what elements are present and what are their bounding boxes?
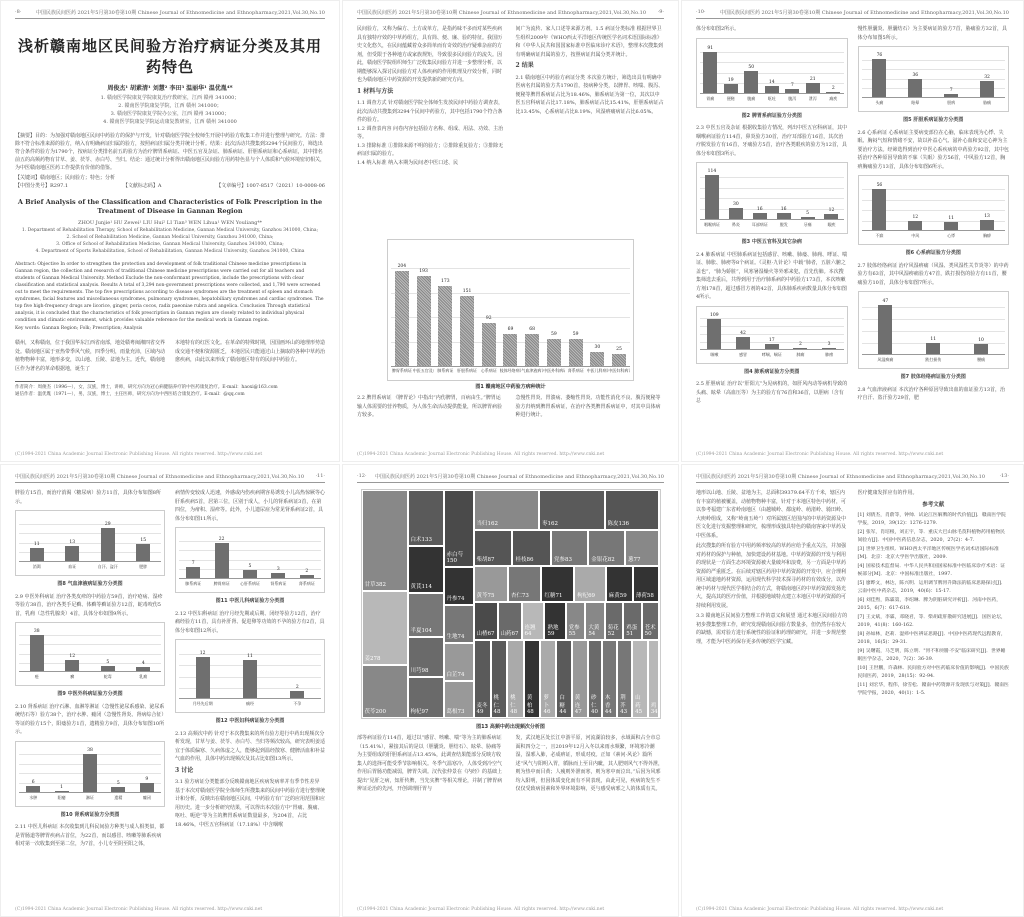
bar: 11 <box>944 222 958 230</box>
abstract-en: Abstract: Objective In order to strength… <box>15 261 325 324</box>
figure-3-chart: 114301616512咽喉病证鼻炎耳部病证脱发牙痛眼疾 <box>696 162 848 234</box>
body-right: 发，武汉地区处长江中游平原，河流湖泊较多，水域面积占全市总面积四分之一，且201… <box>516 734 665 794</box>
figure-12-chart: 12112月经先后期痛经不孕 <box>175 639 325 713</box>
category-label: 消渴 <box>19 563 55 572</box>
figure-1-caption: 图1 赣南地区中药验方病种统计 <box>357 383 664 390</box>
treemap-cell: 荆芥43 <box>617 640 632 718</box>
gridline <box>700 177 844 178</box>
page-9: 中国民族民间医药 2021年5月第30卷第10期 Chinese Journal… <box>342 0 679 462</box>
paragraph: 2.12 中医妇科病证 治疗月经先期或后期、闭经等验方12首，治疗痛经验方11首… <box>175 610 325 636</box>
gridline <box>700 188 844 189</box>
category-label: 胁痛 <box>969 99 1005 108</box>
category-label: 中医儿科病证 <box>587 368 609 374</box>
section-heading: 1 材料与方法 <box>357 88 506 97</box>
bar: 32 <box>980 81 994 97</box>
bar-value-label: 30 <box>594 345 600 350</box>
english-affiliations: 1. Department of Rehabilitation Therapy,… <box>15 227 325 255</box>
bar: 11 <box>30 548 44 561</box>
treemap-cell: 生地74 <box>444 605 474 643</box>
treemap-cell: 赤白芍150 <box>444 490 474 567</box>
bar-value-label: 30 <box>733 201 739 210</box>
bar-value-label: 11 <box>247 653 253 662</box>
category-labels: 咽喉病证鼻炎耳部病证脱发牙痛眼疾 <box>700 221 844 230</box>
copyright: (C)1994-2021 China Academic Journal Elec… <box>357 907 664 912</box>
copyright: (C)1994-2021 China Academic Journal Elec… <box>357 452 664 457</box>
bar-area: 381254 <box>19 626 161 672</box>
treemap-cell: 山药45 <box>632 640 648 718</box>
category-label: 脱发 <box>772 221 796 230</box>
bar-value-label: 12 <box>829 207 835 216</box>
affiliation-en: 4. Department of Sports Rehabilitation, … <box>15 248 325 255</box>
category-label: 牙痛 <box>796 221 820 230</box>
bar-value-label: 10 <box>978 337 984 346</box>
treemap-cell: 砂仁40 <box>588 640 602 718</box>
reference-item: [11] 刘宏华，程伟，徐雪松．赣南中药资源开发现状与对策[J]．赣南医学院学报… <box>858 682 1010 698</box>
figure-6-chart: 56121113不寐中风心悸胸痹 <box>858 175 1010 245</box>
footnote-divider <box>15 381 95 382</box>
category-label: 耳部病证 <box>748 221 772 230</box>
bar: 36 <box>908 79 922 97</box>
body-right: 医疗健康发挥应有的作用。 参考文献 [1] 刘倩杰，肖蔚等，钟帅．试论江医解脾的… <box>858 489 1010 699</box>
category-label: 便秘 <box>721 95 742 104</box>
running-header: ·10· 中国民族民间医药 2021年5月第30卷第10期 Chinese Jo… <box>696 9 1009 19</box>
reference-item: [5] 廖晔文，林达，陈兴明．运用调节脾胃升降法的临床思路探讨[J]．云南中医中… <box>858 580 1010 596</box>
gridline <box>700 198 844 199</box>
category-label: 肥胖 <box>126 563 162 572</box>
body-left: 地形以山地、丘陵、盆地为主，总面积39379.64平方千米，辖区内有丰富的植被覆… <box>696 489 848 699</box>
category-label: 眩晕 <box>897 99 933 108</box>
treemap-cell: 熟地59 <box>544 602 565 640</box>
bar-value-label: 59 <box>551 332 557 337</box>
paragraph: 2.7 肢体经络病证 治疗风湿痹痛（风湿、类风湿性关节炎等）的中药验方有63首，… <box>858 262 1010 288</box>
category-label: 胸痹 <box>969 232 1005 241</box>
category-label: 心悸 <box>933 232 969 241</box>
bar: 2 <box>290 691 304 698</box>
bar: 14 <box>765 86 779 92</box>
body-columns: 部等病证验方114首，超过以“感冒、咳嗽、喘”等为主的肺系病证（15.41%），… <box>357 734 664 794</box>
figure-7-caption: 图7 肢体经络病证验方分类图 <box>858 373 1010 382</box>
bar-value-label: 7 <box>950 87 953 96</box>
bar-value-label: 173 <box>441 279 450 284</box>
treemap-cell: 柴胡87 <box>474 530 513 566</box>
bar: 12 <box>908 221 922 230</box>
bar-value-label: 76 <box>877 52 883 61</box>
paragraph: 民间验方，又称为偏方、土方或单方，是指药味不多而对某些疾病具有独特疗效的中草药组… <box>357 25 506 85</box>
body-columns: 赣州，又称赣南，位于我国华东江西省南部，地处赣粤闽湘四省交界处。赣南地区属于亚热… <box>15 339 325 373</box>
category-label: 风湿痹痛 <box>862 356 910 365</box>
category-labels: 咳嗽感冒哮喘、喘证肺痈肺痨 <box>700 351 844 360</box>
bar-value-label: 38 <box>87 747 93 756</box>
bar-value-label: 5 <box>117 780 120 789</box>
reference-item: [4] 国家技术监督局．中华人民共和国国家标准中医临床诊疗术语：证候部分[M]．… <box>858 563 1010 579</box>
bar-value-label: 7 <box>192 560 195 569</box>
category-label: 肺痨 <box>815 351 844 360</box>
bar: 151 <box>460 296 474 366</box>
reference-item: [7] 王文斌，李霖，邓晓君，等．柴胡疏肝散研究进展[J]．国医论坛，2019，… <box>858 614 1010 630</box>
bar: 7 <box>785 89 799 92</box>
bar: 3 <box>271 573 285 578</box>
bar: 6 <box>26 786 40 792</box>
treemap-cell: 菊花52 <box>605 602 624 640</box>
reference-item: [3] 世界卫生组织．WHO西太平洋地区传统医学名词术语国际标准[M]．北京：北… <box>858 546 1010 562</box>
corresponding-author: 通信作者：温优胤（1971—），男，汉族，博士，主任医师，研究方向为中西医结合康… <box>15 391 325 398</box>
category-label: 气血津液病证 <box>521 368 543 374</box>
category-label: 痛经 <box>226 700 273 709</box>
bar-value-label: 2 <box>832 85 835 94</box>
bar-value-label: 42 <box>740 330 746 339</box>
bar-value-label: 13 <box>984 213 990 222</box>
bar-value-label: 2 <box>799 341 802 350</box>
treemap-cell: 鸡蛋51 <box>623 602 641 640</box>
category-label: 鼻炎 <box>724 221 748 230</box>
category-label: 阳痿 <box>47 794 75 803</box>
category-label: 中医妇科病证 <box>608 368 630 374</box>
bar-area: 20419317315192696859593025 <box>391 243 630 367</box>
affiliation: 2. 赣南医学院康复学院，江西 赣州 341000； <box>15 102 325 110</box>
reference-item: [10] 王世鹏，许森林．民间验方对中医药临床价值的影响[J]．中国民族民间医药… <box>858 665 1010 681</box>
bar-value-label: 11 <box>930 336 936 345</box>
bar: 12 <box>824 214 838 219</box>
affiliation: 4. 赣南医学院康复学院运动康复教研室，江西 赣州 341000 <box>15 118 325 126</box>
class-number: 【中图分类号】R297.1 <box>15 182 68 190</box>
paragraph: 2.4 肺系病证 中医肺系病证包括感冒、咳嗽、肺痿、肺痈、哮证、喘证、肺胀、肺痨… <box>696 251 848 302</box>
treemap-cell: 半夏104 <box>408 593 444 636</box>
bar-value-label: 4 <box>142 660 145 669</box>
bar-value-label: 25 <box>616 347 622 352</box>
treemap-cell: 丹参74 <box>444 567 474 605</box>
bar-area: 613859 <box>19 745 161 793</box>
bar: 15 <box>136 544 150 561</box>
gridline <box>700 326 844 327</box>
treemap-cell: 萝卜46 <box>540 640 556 718</box>
category-label: 肾系病证 <box>565 368 587 374</box>
treemap-cell: 黄连47 <box>572 640 588 718</box>
category-labels: 头痛眩晕胆病胁痛 <box>862 99 1006 108</box>
treemap-cell: 葱77 <box>625 530 660 566</box>
figure-7-chart: 471110风湿痹痛跌打损伤腰痛 <box>858 291 1010 369</box>
running-header: 中国民族民间医药 2021年5月第30卷第10期 Chinese Journal… <box>357 9 664 19</box>
category-labels: 肺系病证脾胃病证心肝系病证肾系病证肾系病证 <box>179 580 321 589</box>
bar-area: 722532 <box>179 531 321 579</box>
treemap-cell: 白芷74 <box>444 643 474 681</box>
body-columns: 民间验方，又称为偏方、土方或单方，是指药味不多而对某些疾病具有独特疗效的中草药组… <box>357 25 664 237</box>
bar-value-label: 56 <box>877 182 883 191</box>
bar: 29 <box>101 528 115 561</box>
figure-5-caption: 图5 肝胆系病证验方分类图 <box>858 116 1010 125</box>
category-label: 中风 <box>897 232 933 241</box>
gridline <box>700 52 844 53</box>
bar: 38 <box>83 754 97 792</box>
bar-value-label: 204 <box>398 264 407 269</box>
bar: 11 <box>243 660 257 698</box>
paragraph: 1.3 排除标准 ①排除来源不明的验方；②排除重复验方；③排除无病证归属的验方。 <box>357 142 506 159</box>
category-label: 脾胃病证 <box>207 580 235 589</box>
bar-value-label: 29 <box>105 521 111 530</box>
treemap-cell: 甘草382 <box>362 490 408 591</box>
figure-2-caption: 图2 脾胃系病证验方分类图 <box>696 112 848 121</box>
figure-10-caption: 图10 肾系病证验方分类图 <box>15 811 165 820</box>
category-labels: 脾胃系病证中医五官及杂证肺系病证肝胆系病证心系病证肢体经络病证气血津液病证中医外… <box>391 368 630 374</box>
figure-4-caption: 图4 肺系病证验方分类图 <box>696 368 848 377</box>
journal-name: 中国民族民间医药 2021年5月第30卷第10期 Chinese Journal… <box>720 9 1009 16</box>
page-8: ·8· 中国民族民间医药 2021年5月第30卷第10期 Chinese Jou… <box>0 0 340 462</box>
treemap-cell: 木香44 <box>602 640 617 718</box>
bar-area: 911950147212 <box>700 42 844 94</box>
category-label: 中医五官及杂证 <box>413 368 435 374</box>
bar-value-label: 22 <box>219 536 225 545</box>
treemap-cell: 山楂67 <box>474 602 498 640</box>
bar: 42 <box>736 337 750 348</box>
treemap-cell: 桂枝86 <box>512 530 551 566</box>
body-left: 民间验方，又称为偏方、土方或单方，是指药味不多而对某些疾病具有独特疗效的中草药组… <box>357 25 506 237</box>
section-heading: 3 讨论 <box>175 767 325 776</box>
bar-area: 471110 <box>862 295 1006 355</box>
gridline <box>19 533 161 534</box>
page-number: ·11· <box>315 473 325 480</box>
bar-value-label: 9 <box>145 776 148 785</box>
bar: 56 <box>872 189 886 230</box>
authors: 周俊杰¹ 胡素清¹ 刘慧² 李田³ 温丽华¹ 温优胤⁴* <box>15 83 325 92</box>
treemap-cell: 桃仁48 <box>491 640 508 718</box>
bar: 17 <box>765 344 779 349</box>
bar: 1 <box>55 791 69 792</box>
category-label: 癃闭 <box>133 794 161 803</box>
treemap-cell: 大黄54 <box>585 602 604 640</box>
figure-2-chart: 911950147212胃痛便秘腹痛呕吐腹泻泄泻痢疾 <box>696 38 848 108</box>
affiliation-en: 1. Department of Rehabilitation Therapy,… <box>15 227 325 234</box>
paragraph: 2.9 中医外科病证 治疗各类皮疹的中药验方59首，治疗疮疡、湿疹等验方38首，… <box>15 593 165 619</box>
category-label: 心系病证 <box>478 368 500 374</box>
treemap-cell: 茯苓200 <box>362 665 408 718</box>
category-label: 哮喘、喘证 <box>757 351 786 360</box>
paragraph: 1.4 纳入标准 纳入本期为民间老中医口述、民 <box>357 159 506 168</box>
paragraph: 3.1 验方病证分类能部分反映赣南地区疾病发病率并有季节性差异 基于本次对赣南医… <box>175 778 325 829</box>
category-label: 肺痈 <box>786 351 815 360</box>
figure-13-caption: 图13 高频中药出现频次分析图 <box>357 723 664 730</box>
bar-value-label: 1 <box>60 784 63 793</box>
references-list: [1] 刘倩杰，肖蔚等，钟帅．试论江医解脾的时代价值[J]．赣南医学院学报，20… <box>858 512 1010 698</box>
bar: 7 <box>186 567 200 578</box>
category-label: 胆病 <box>933 99 969 108</box>
journal-name: 中国民族民间医药 2021年5月第30卷第10期 Chinese Journal… <box>696 473 985 480</box>
running-header: 中国民族民间医药 2021年5月第30卷第10期 Chinese Journal… <box>696 473 1009 483</box>
paragraph: 地形以山地、丘陵、盆地为主，总面积39379.64平方千米，辖区内有丰富的植被覆… <box>696 489 848 540</box>
category-label: 跌打损伤 <box>909 356 957 365</box>
figure-3-caption: 图3 中医五官科及其它杂病 <box>696 238 848 247</box>
category-label: 眼疾 <box>820 221 844 230</box>
treemap-cell: 当归162 <box>474 490 540 530</box>
copyright: (C)1994-2021 China Academic Journal Elec… <box>696 907 1009 912</box>
gridline <box>179 541 321 542</box>
bar-value-label: 5 <box>806 210 809 219</box>
page-number: ·10· <box>696 9 706 16</box>
paragraph: 慢性胆囊炎、胆囊结石）为主要病证的验方7首，胁痛验方32首，具体分布如图5所示。 <box>858 25 1010 42</box>
category-label: 腹痛 <box>741 95 762 104</box>
bar: 109 <box>707 319 721 348</box>
bar-value-label: 50 <box>748 64 754 73</box>
treemap-cell: 黄芪114 <box>408 546 444 594</box>
bar: 76 <box>872 59 886 97</box>
bar-value-label: 5 <box>106 659 109 668</box>
reference-item: [6] 刘佳煦，陈霖第，李绍琳．脾为阴脏研究评析[J]．河南中医药，2015，6… <box>858 597 1010 613</box>
bar-value-label: 92 <box>486 316 492 321</box>
body-left: 赣州，又称赣南，位于我国华东江西省南部，地处赣粤闽湘四省交界处。赣南地区属于亚热… <box>15 339 165 373</box>
bar-value-label: 11 <box>34 541 40 550</box>
bar: 114 <box>705 175 719 219</box>
bar: 59 <box>547 339 561 366</box>
running-header: ·12· 中国民族民间医药 2021年5月第30卷第10期 Chinese Jo… <box>357 473 664 483</box>
body-right: 病情传变较成人迅速，外感或内伤疾病期容易诱发小儿高热惊厥等心肝系疾病5首，居第三… <box>175 489 325 849</box>
category-labels: 消渴血证自汗、盗汗肥胖 <box>19 563 161 572</box>
treemap-cell: 川芎98 <box>408 637 444 678</box>
classification-row: 【中图分类号】R297.1 【文献标志码】A 【文章编号】1007-8517（2… <box>15 182 325 190</box>
bar: 2 <box>826 92 840 93</box>
bar-value-label: 3 <box>828 341 831 350</box>
bar: 92 <box>482 323 496 366</box>
bar-value-label: 7 <box>791 82 794 91</box>
treemap-cell: 党参83 <box>551 530 588 566</box>
treemap-cell: 杏仁73 <box>508 566 542 602</box>
bar-area: 109421723 <box>700 310 844 350</box>
paragraph: 2.6 心系病证 心系病证主要病变部位在心脑，临床表现为心悸、失眠、胸闷气短和情… <box>858 129 1010 172</box>
bar: 50 <box>744 71 758 93</box>
category-label: 肾系病证 <box>264 580 292 589</box>
doc-code: 【文献标志码】A <box>123 182 162 190</box>
section-heading: 2 结果 <box>516 62 665 71</box>
bar-value-label: 14 <box>769 79 775 88</box>
paragraph: 2.5 肝胆病证 治疗以“肝阳亢”为见病机的，如肝风内动等病机导致的头痛、眩晕（… <box>696 380 848 406</box>
treemap-cell: 陈皮136 <box>605 490 660 530</box>
bar-area: 56121113 <box>862 179 1006 231</box>
journal-name: 中国民族民间医药 2021年5月第30卷第10期 Chinese Journal… <box>36 9 325 16</box>
category-label: 脾胃系病证 <box>391 368 413 374</box>
article-title: 浅析赣南地区民间验方治疗病证分类及其用药特色 <box>15 35 325 77</box>
bar-area: 11132915 <box>19 514 161 562</box>
copyright: (C)1994-2021 China Academic Journal Elec… <box>15 452 325 457</box>
bar: 22 <box>215 543 229 578</box>
figure-6-caption: 图6 心系病证验方分类图 <box>858 249 1010 258</box>
category-label: 不寐 <box>862 232 898 241</box>
keywords-en: Key words: Gannan Region; Folk; Prescrip… <box>15 325 325 333</box>
bar-area: 12112 <box>179 643 321 699</box>
bar: 5 <box>111 787 125 792</box>
figure-8-chart: 11132915消渴血证自汗、盗汗肥胖 <box>15 510 165 576</box>
category-labels: 疮癣蛇毒乳痈 <box>19 673 161 682</box>
bar-value-label: 21 <box>810 76 816 85</box>
category-label: 咳嗽 <box>700 351 729 360</box>
treemap-cell: 红糖71 <box>541 566 574 602</box>
paragraph: 1.1 调查方式 针对赣南医学院全体师生发放民间中药验方调查表，此次活动共搜集到… <box>357 99 506 125</box>
category-label: 不孕 <box>274 700 321 709</box>
bar-value-label: 6 <box>32 779 35 788</box>
journal-name: 中国民族民间医药 2021年5月第30卷第10期 Chinese Journal… <box>375 473 664 480</box>
page-10: ·10· 中国民族民间医药 2021年5月第30卷第10期 Chinese Jo… <box>681 0 1024 462</box>
bar: 19 <box>724 84 738 92</box>
treemap-cell: 葛根73 <box>444 681 474 718</box>
reference-item: [8] 孙如林，赵莉．湿疹中医辨证思路[J]．中国中医药现代远程教育，2018，… <box>858 631 1010 647</box>
figure-13-treemap: 甘草382姜278茯苓200白术133黄芪114半夏104川芎98枸杞97赤白芍… <box>361 489 661 719</box>
paragraph: 2.11 中医儿科病证 本次收集到儿科民间验方种类与成人相类似，都是胃肠道等脾胃… <box>15 823 165 849</box>
category-labels: 水肿阳痿淋证遗精癃闭 <box>19 794 161 803</box>
category-label: 疮 <box>19 673 55 682</box>
figure-9-chart: 381254疮癣蛇毒乳痈 <box>15 622 165 686</box>
paragraph: 2.3 中医五官及杂证 根据收集验方情况，列出中医五官科病证，其中咽喉病证验方1… <box>696 124 848 158</box>
reference-item: [1] 刘倩杰，肖蔚等，钟帅．试论江医解脾的时代价值[J]．赣南医学院学报，20… <box>858 512 1010 528</box>
bar: 193 <box>417 276 431 366</box>
bar: 38 <box>30 635 44 671</box>
copyright: (C)1994-2021 China Academic Journal Elec… <box>696 452 1009 457</box>
bar: 91 <box>703 52 717 92</box>
bar: 12 <box>196 657 210 698</box>
bar: 47 <box>878 305 892 354</box>
category-label: 胃痛 <box>700 95 721 104</box>
paragraph: 2.1 赣南地区中药验方病证分类 本次验方统计，筛选出具有明确中医病名归属的验方… <box>516 74 665 117</box>
body-columns: 体分布如图2所示。 911950147212胃痛便秘腹痛呕吐腹泻泄泻痢疾 图2 … <box>696 25 1009 406</box>
bar-value-label: 59 <box>573 332 579 337</box>
bar-value-label: 16 <box>757 206 763 215</box>
affiliation-en: 3. Office of School of Rehabilitation Me… <box>15 241 325 248</box>
bar: 12 <box>65 660 79 671</box>
bar: 5 <box>801 217 815 219</box>
treemap-cell: 苍术50 <box>642 602 660 640</box>
bar-value-label: 36 <box>912 72 918 81</box>
bar: 68 <box>525 334 539 366</box>
affiliations: 1. 赣南医学院康复学院康复治疗教研室，江西 赣州 341000； 2. 赣南医… <box>15 94 325 126</box>
paragraph: 此次搜集的所有验方中用药频率较高的草药应给予重点关注，并加强对药材的保护与种植，… <box>696 542 848 610</box>
page-number: ·8· <box>15 9 21 16</box>
bar-value-label: 68 <box>529 327 535 332</box>
bar-value-label: 47 <box>883 298 889 307</box>
bar: 4 <box>136 667 150 671</box>
gridline <box>179 550 321 551</box>
figure-12-caption: 图12 中医妇科病证验方分类图 <box>175 717 325 726</box>
page-12: ·12· 中国民族民间医药 2021年5月第30卷第10期 Chinese Jo… <box>342 464 679 917</box>
category-label: 水肿 <box>19 794 47 803</box>
bar-value-label: 12 <box>69 653 75 662</box>
category-label: 腰痛 <box>957 356 1005 365</box>
body-columns-bottom: 2.2 脾胃系病证 《脾胃论》中指出“内伤脾胃，百病由生。”脾胃运输人体需要的营… <box>357 394 664 420</box>
running-header: 中国民族民间医药 2021年5月第30卷第10期 Chinese Journal… <box>15 473 325 483</box>
bar-value-label: 17 <box>769 337 775 346</box>
bar: 10 <box>974 344 988 354</box>
bar: 2 <box>793 348 807 349</box>
bar-value-label: 2 <box>296 684 299 693</box>
bar-value-label: 19 <box>728 77 734 86</box>
body-left: 部等病证验方114首，超过以“感冒、咳嗽、喘”等为主的肺系病证（15.41%），… <box>357 734 506 794</box>
affiliation-en: 2. School of Rehabilitation Medicine, Ga… <box>15 234 325 241</box>
paragraph: 病情传变较成人迅速，外感或内伤疾病期容易诱发小儿高热惊厥等心肝系疾病5首，居第三… <box>175 489 325 523</box>
reference-item: [2] 张军，肖培根，刘正宇，等．重庆大巴山脉毛茛科植物药用植物民间验方[J]．… <box>858 529 1010 545</box>
gridline <box>700 73 844 74</box>
figure-8-caption: 图8 气血津液病证验方分类图 <box>15 580 165 589</box>
treemap-cell: 枸杞69 <box>574 566 606 602</box>
bar: 173 <box>438 286 452 366</box>
keywords-cn: 【关键词】赣南地区；民间验方；特色；分析 <box>15 174 325 182</box>
body-right: 慢性胆囊炎、胆囊结石）为主要病证的验方7首，胁痛验方32首，具体分布如图5所示。… <box>858 25 1010 406</box>
bar-value-label: 3 <box>277 566 280 575</box>
treemap-cell: 山药67 <box>498 602 522 640</box>
body-left: 胖验方15首，而治疗消渴（糖尿病）验方11首，具体分布如图8所示。 111329… <box>15 489 165 849</box>
bar: 25 <box>612 354 626 366</box>
paragraph: 1.2 调查表内容 问卷内容包括验方名称、组成、用法、功效、主治等。 <box>357 125 506 142</box>
bar: 69 <box>503 334 517 366</box>
figure-11-caption: 图11 中医儿科病证验方分类图 <box>175 597 325 606</box>
bar: 11 <box>926 343 940 354</box>
category-label: 心肝系病证 <box>236 580 264 589</box>
page-number: ·9· <box>658 9 664 16</box>
treemap-cell: 桃仁48 <box>507 640 524 718</box>
bar: 7 <box>944 94 958 98</box>
